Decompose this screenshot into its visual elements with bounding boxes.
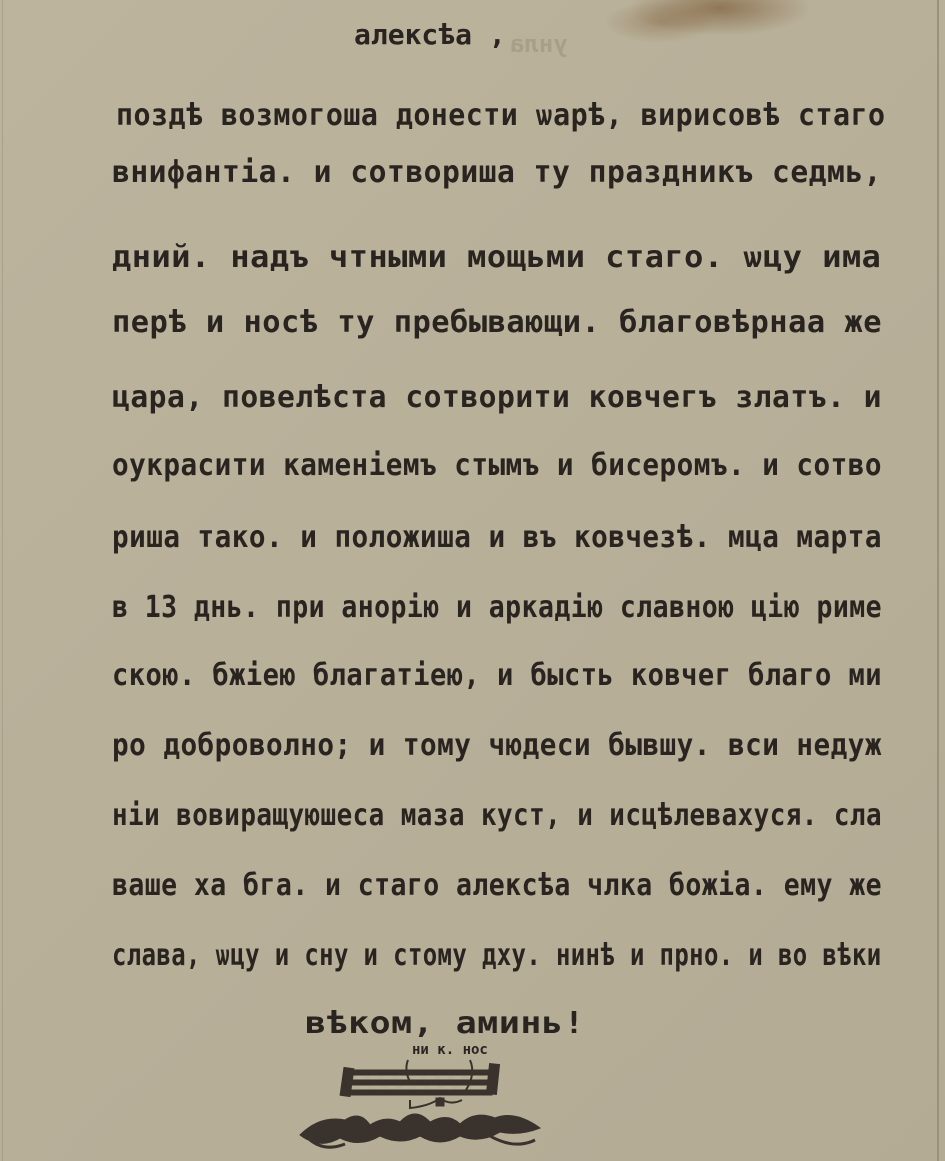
text-line-9: скою. бжіею благатіею, и бысть ковчег бл…: [112, 658, 945, 693]
text-line-11: ніи вовиращуюшеса маза куст, и исцѣлевах…: [112, 798, 945, 833]
text-line-9-content: скою. бжіею благатіею, и бысть ковчег бл…: [112, 658, 882, 693]
text-line-2: внифантіа. и сотвориша ту праздникъ седм…: [112, 155, 945, 190]
page-heading: алексѣа ,: [354, 18, 506, 51]
page-edge-left: [2, 0, 3, 1161]
text-line-7: риша тако. и положиша и въ ковчезѣ. мца …: [112, 520, 945, 555]
text-line-8-content: в 13 днь. при анорію и аркадію славною ц…: [112, 590, 882, 625]
text-line-1: поздѣ возмогоша донести ѡарѣ, вирисовѣ с…: [116, 98, 896, 135]
text-line-4-content: перѣ и носѣ ту пребывающи. благовѣрнаа ж…: [112, 305, 882, 340]
text-line-5-content: цара, повелѣста сотворити ковчегъ златъ.…: [112, 380, 882, 415]
bleed-through-text: унла: [510, 30, 568, 58]
text-line-4: перѣ и носѣ ту пребывающи. благовѣрнаа ж…: [112, 305, 945, 340]
text-line-14: вѣком, аминь!: [305, 1006, 945, 1041]
text-line-7-content: риша тако. и положиша и въ ковчезѣ. мца …: [112, 520, 882, 555]
text-line-11-content: ніи вовиращуюшеса маза куст, и исцѣлевах…: [112, 798, 882, 833]
text-line-10-content: ро доброволно; и тому чюдеси бывшу. вси …: [112, 728, 882, 763]
text-line-10: ро доброволно; и тому чюдеси бывшу. вси …: [112, 728, 945, 763]
text-line-12: ваше ха бга. и стаго алексѣа члка божіа.…: [112, 868, 945, 903]
text-line-5: цара, повелѣста сотворити ковчегъ златъ.…: [112, 380, 945, 415]
text-line-3-content: дний. надъ чтными мощьми стаго. ѡцу има: [112, 240, 881, 277]
text-line-6-content: оукрасити каменіемъ стымъ и бисеромъ. и …: [112, 448, 882, 483]
text-line-3: дний. надъ чтными мощьми стаго. ѡцу има: [112, 240, 945, 277]
text-line-12-content: ваше ха бга. и стаго алексѣа члка божіа.…: [112, 868, 882, 903]
manuscript-page: унла алексѣа , поздѣ возмогоша донести ѡ…: [0, 0, 945, 1161]
text-line-6: оукрасити каменіемъ стымъ и бисеромъ. и …: [112, 448, 945, 483]
text-line-8: в 13 днь. при анорію и аркадію славною ц…: [112, 590, 945, 625]
text-line-1-content: поздѣ возмогоша донести ѡарѣ, вирисовѣ с…: [116, 98, 885, 135]
text-line-2-content: внифантіа. и сотвориша ту праздникъ седм…: [112, 155, 882, 190]
text-line-14-content: вѣком, аминь!: [305, 1006, 585, 1041]
text-line-13-content: слава, ѡцу и сну и стому дху. нинѣ и прн…: [112, 938, 882, 975]
tailpiece-ornament-icon: [290, 1040, 550, 1160]
text-line-13: слава, ѡцу и сну и стому дху. нинѣ и прн…: [112, 938, 945, 975]
